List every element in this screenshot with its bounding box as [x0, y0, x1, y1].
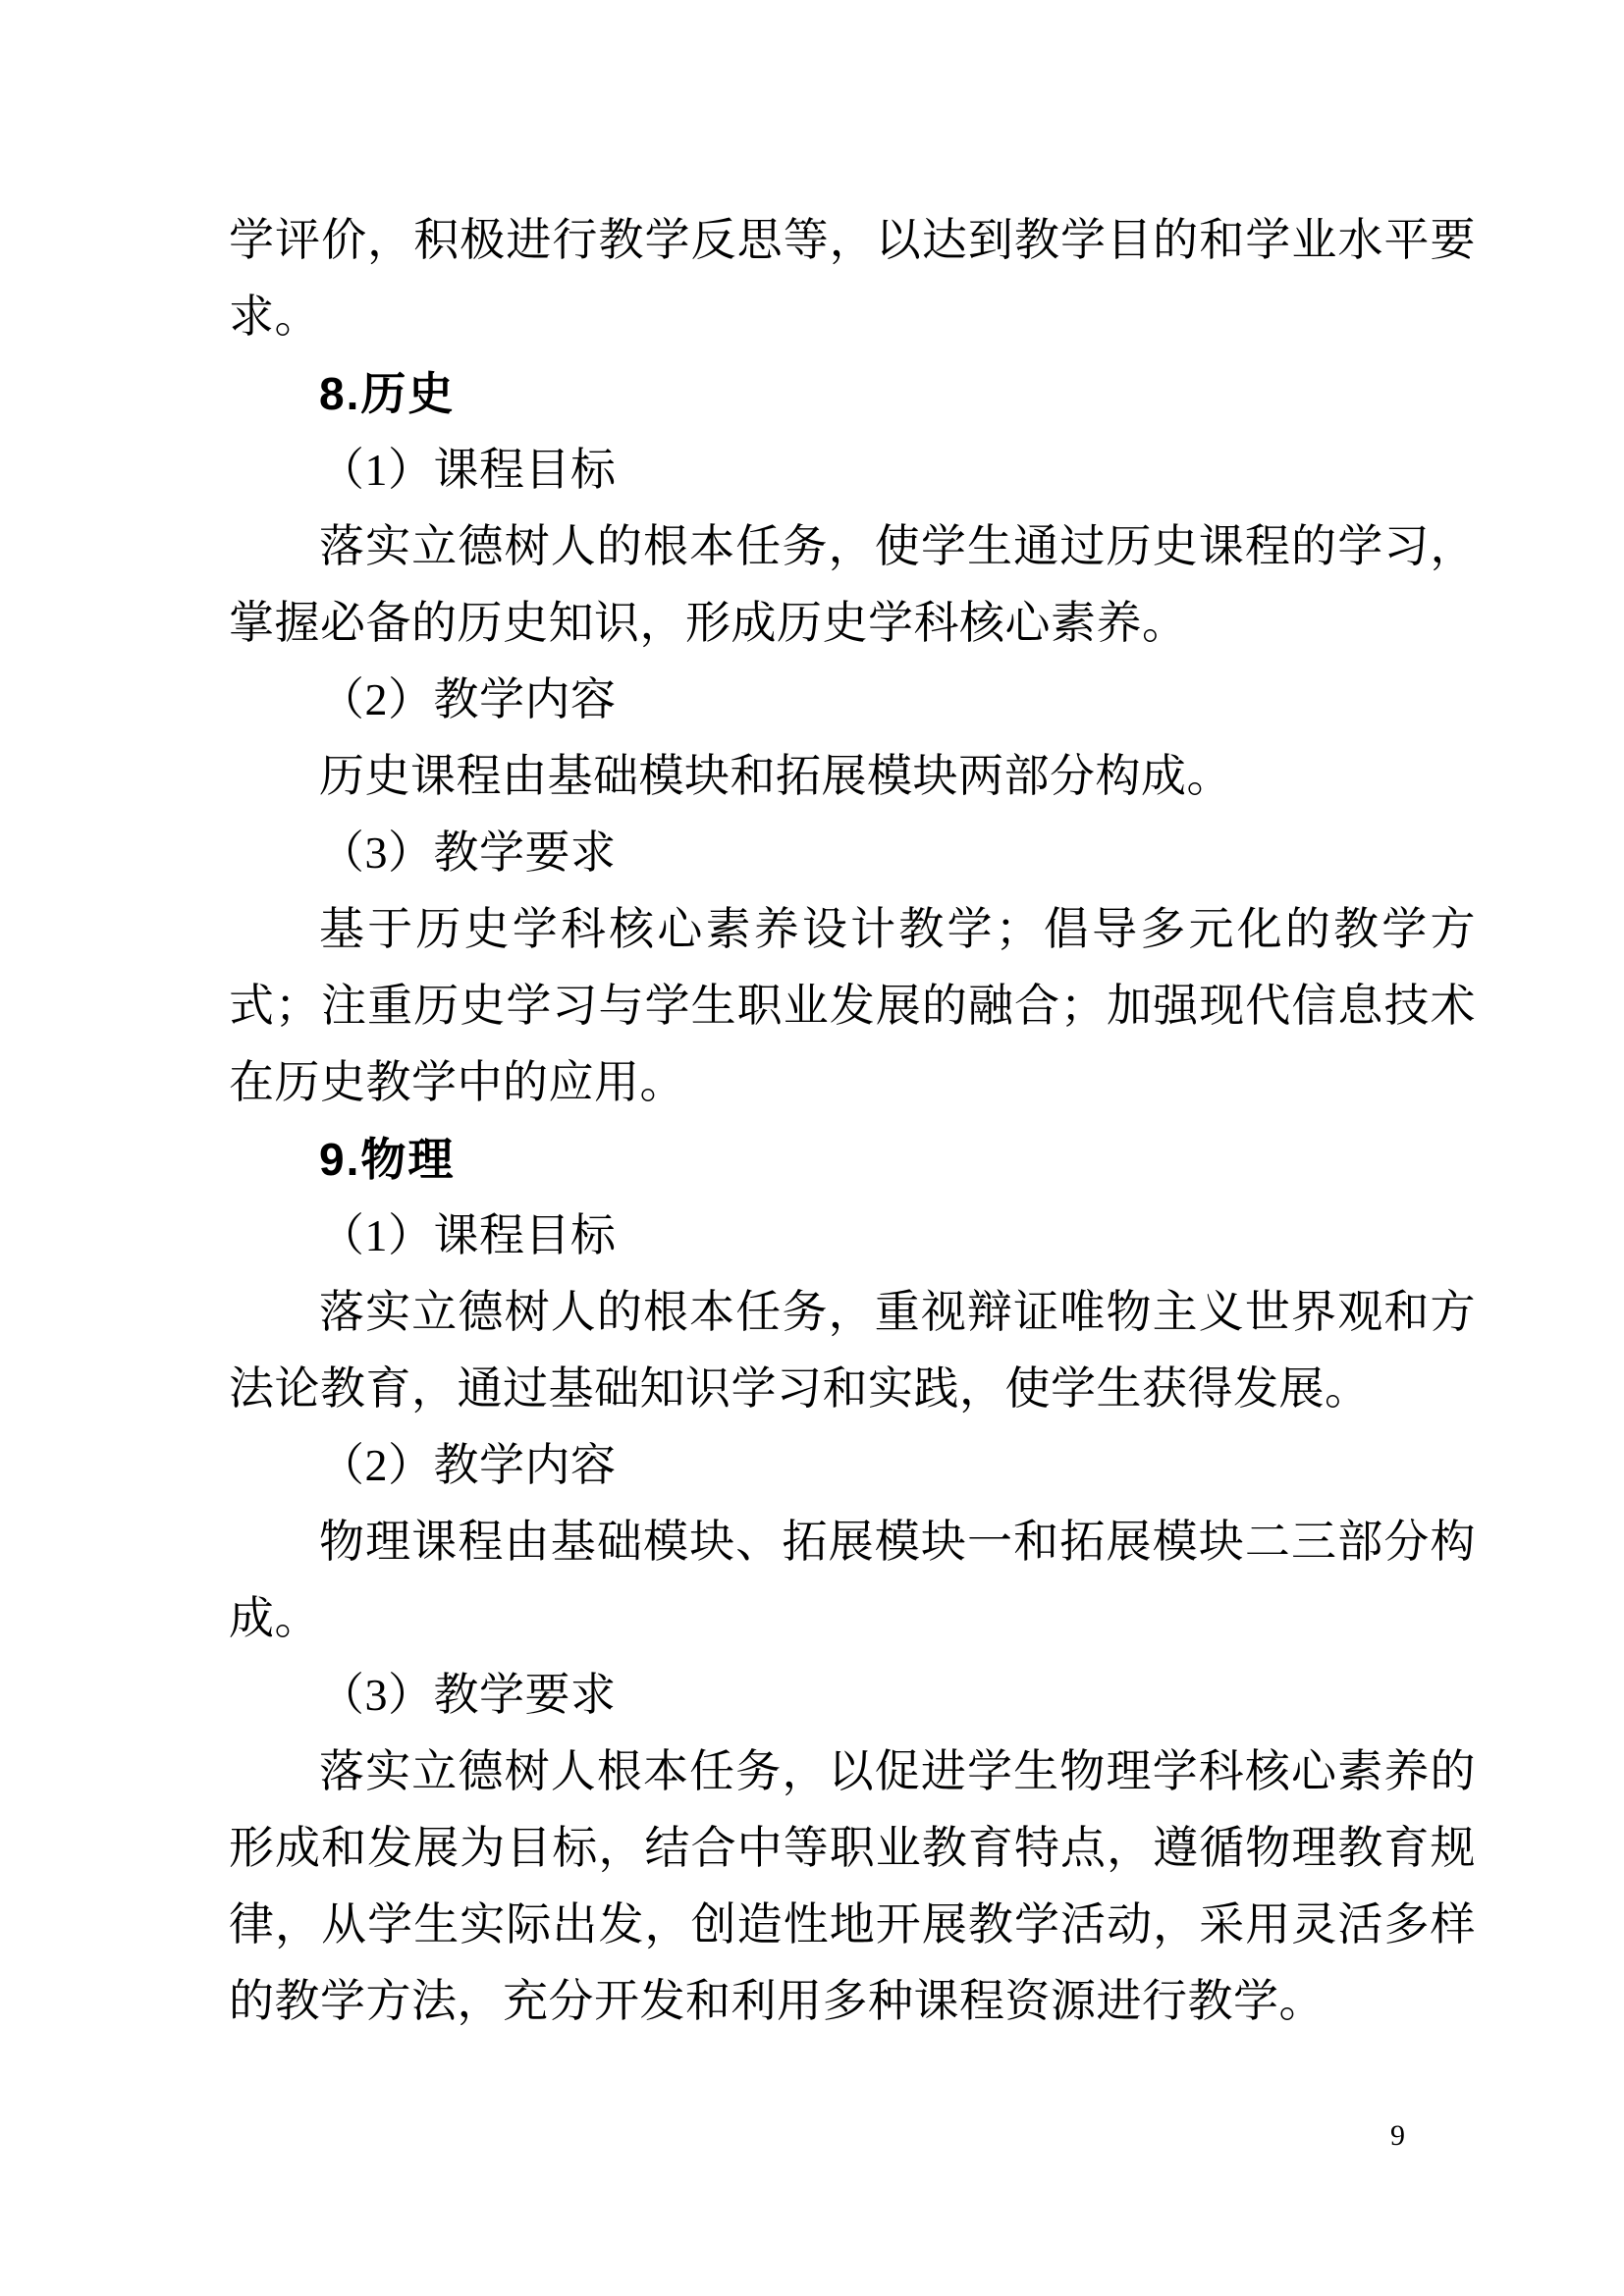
document-page: 学评价，积极进行教学反思等，以达到教学目的和学业水平要求。8.历史（1）课程目标…	[0, 0, 1624, 2296]
text-line: （3）教学要求	[229, 1657, 1476, 1734]
text-line: 成。	[229, 1580, 1476, 1657]
text-line: 物理课程由基础模块、拓展模块一和拓展模块二三部分构	[229, 1504, 1476, 1580]
document-body: 学评价，积极进行教学反思等，以达到教学目的和学业水平要求。8.历史（1）课程目标…	[229, 202, 1476, 2040]
text-line: 求。	[229, 279, 1476, 355]
text-line: 形成和发展为目标，结合中等职业教育特点，遵循物理教育规	[229, 1810, 1476, 1887]
text-line: 律，从学生实际出发，创造性地开展教学活动，采用灵活多样	[229, 1887, 1476, 1963]
text-line: 在历史教学中的应用。	[229, 1044, 1476, 1121]
text-line: 落实立德树人的根本任务，重视辩证唯物主义世界观和方	[229, 1274, 1476, 1351]
text-line: 法论教育，通过基础知识学习和实践，使学生获得发展。	[229, 1351, 1476, 1427]
text-line: （2）教学内容	[229, 1427, 1476, 1504]
text-line: （1）课程目标	[229, 1198, 1476, 1274]
text-line: 学评价，积极进行教学反思等，以达到教学目的和学业水平要	[229, 202, 1476, 279]
text-line: 落实立德树人的根本任务，使学生通过历史课程的学习，	[229, 508, 1476, 585]
text-line: （1）课程目标	[229, 432, 1476, 508]
section-heading: 8.历史	[229, 355, 1476, 432]
section-heading: 9.物理	[229, 1121, 1476, 1198]
text-line: 基于历史学科核心素养设计教学；倡导多元化的教学方	[229, 891, 1476, 968]
text-line: （2）教学内容	[229, 662, 1476, 738]
page-number: 9	[1390, 2116, 1405, 2156]
text-line: 式；注重历史学习与学生职业发展的融合；加强现代信息技术	[229, 968, 1476, 1044]
text-line: 的教学方法，充分开发和利用多种课程资源进行教学。	[229, 1963, 1476, 2040]
text-line: 落实立德树人根本任务，以促进学生物理学科核心素养的	[229, 1734, 1476, 1810]
text-line: 掌握必备的历史知识，形成历史学科核心素养。	[229, 585, 1476, 662]
text-line: 历史课程由基础模块和拓展模块两部分构成。	[229, 738, 1476, 815]
text-line: （3）教学要求	[229, 815, 1476, 891]
